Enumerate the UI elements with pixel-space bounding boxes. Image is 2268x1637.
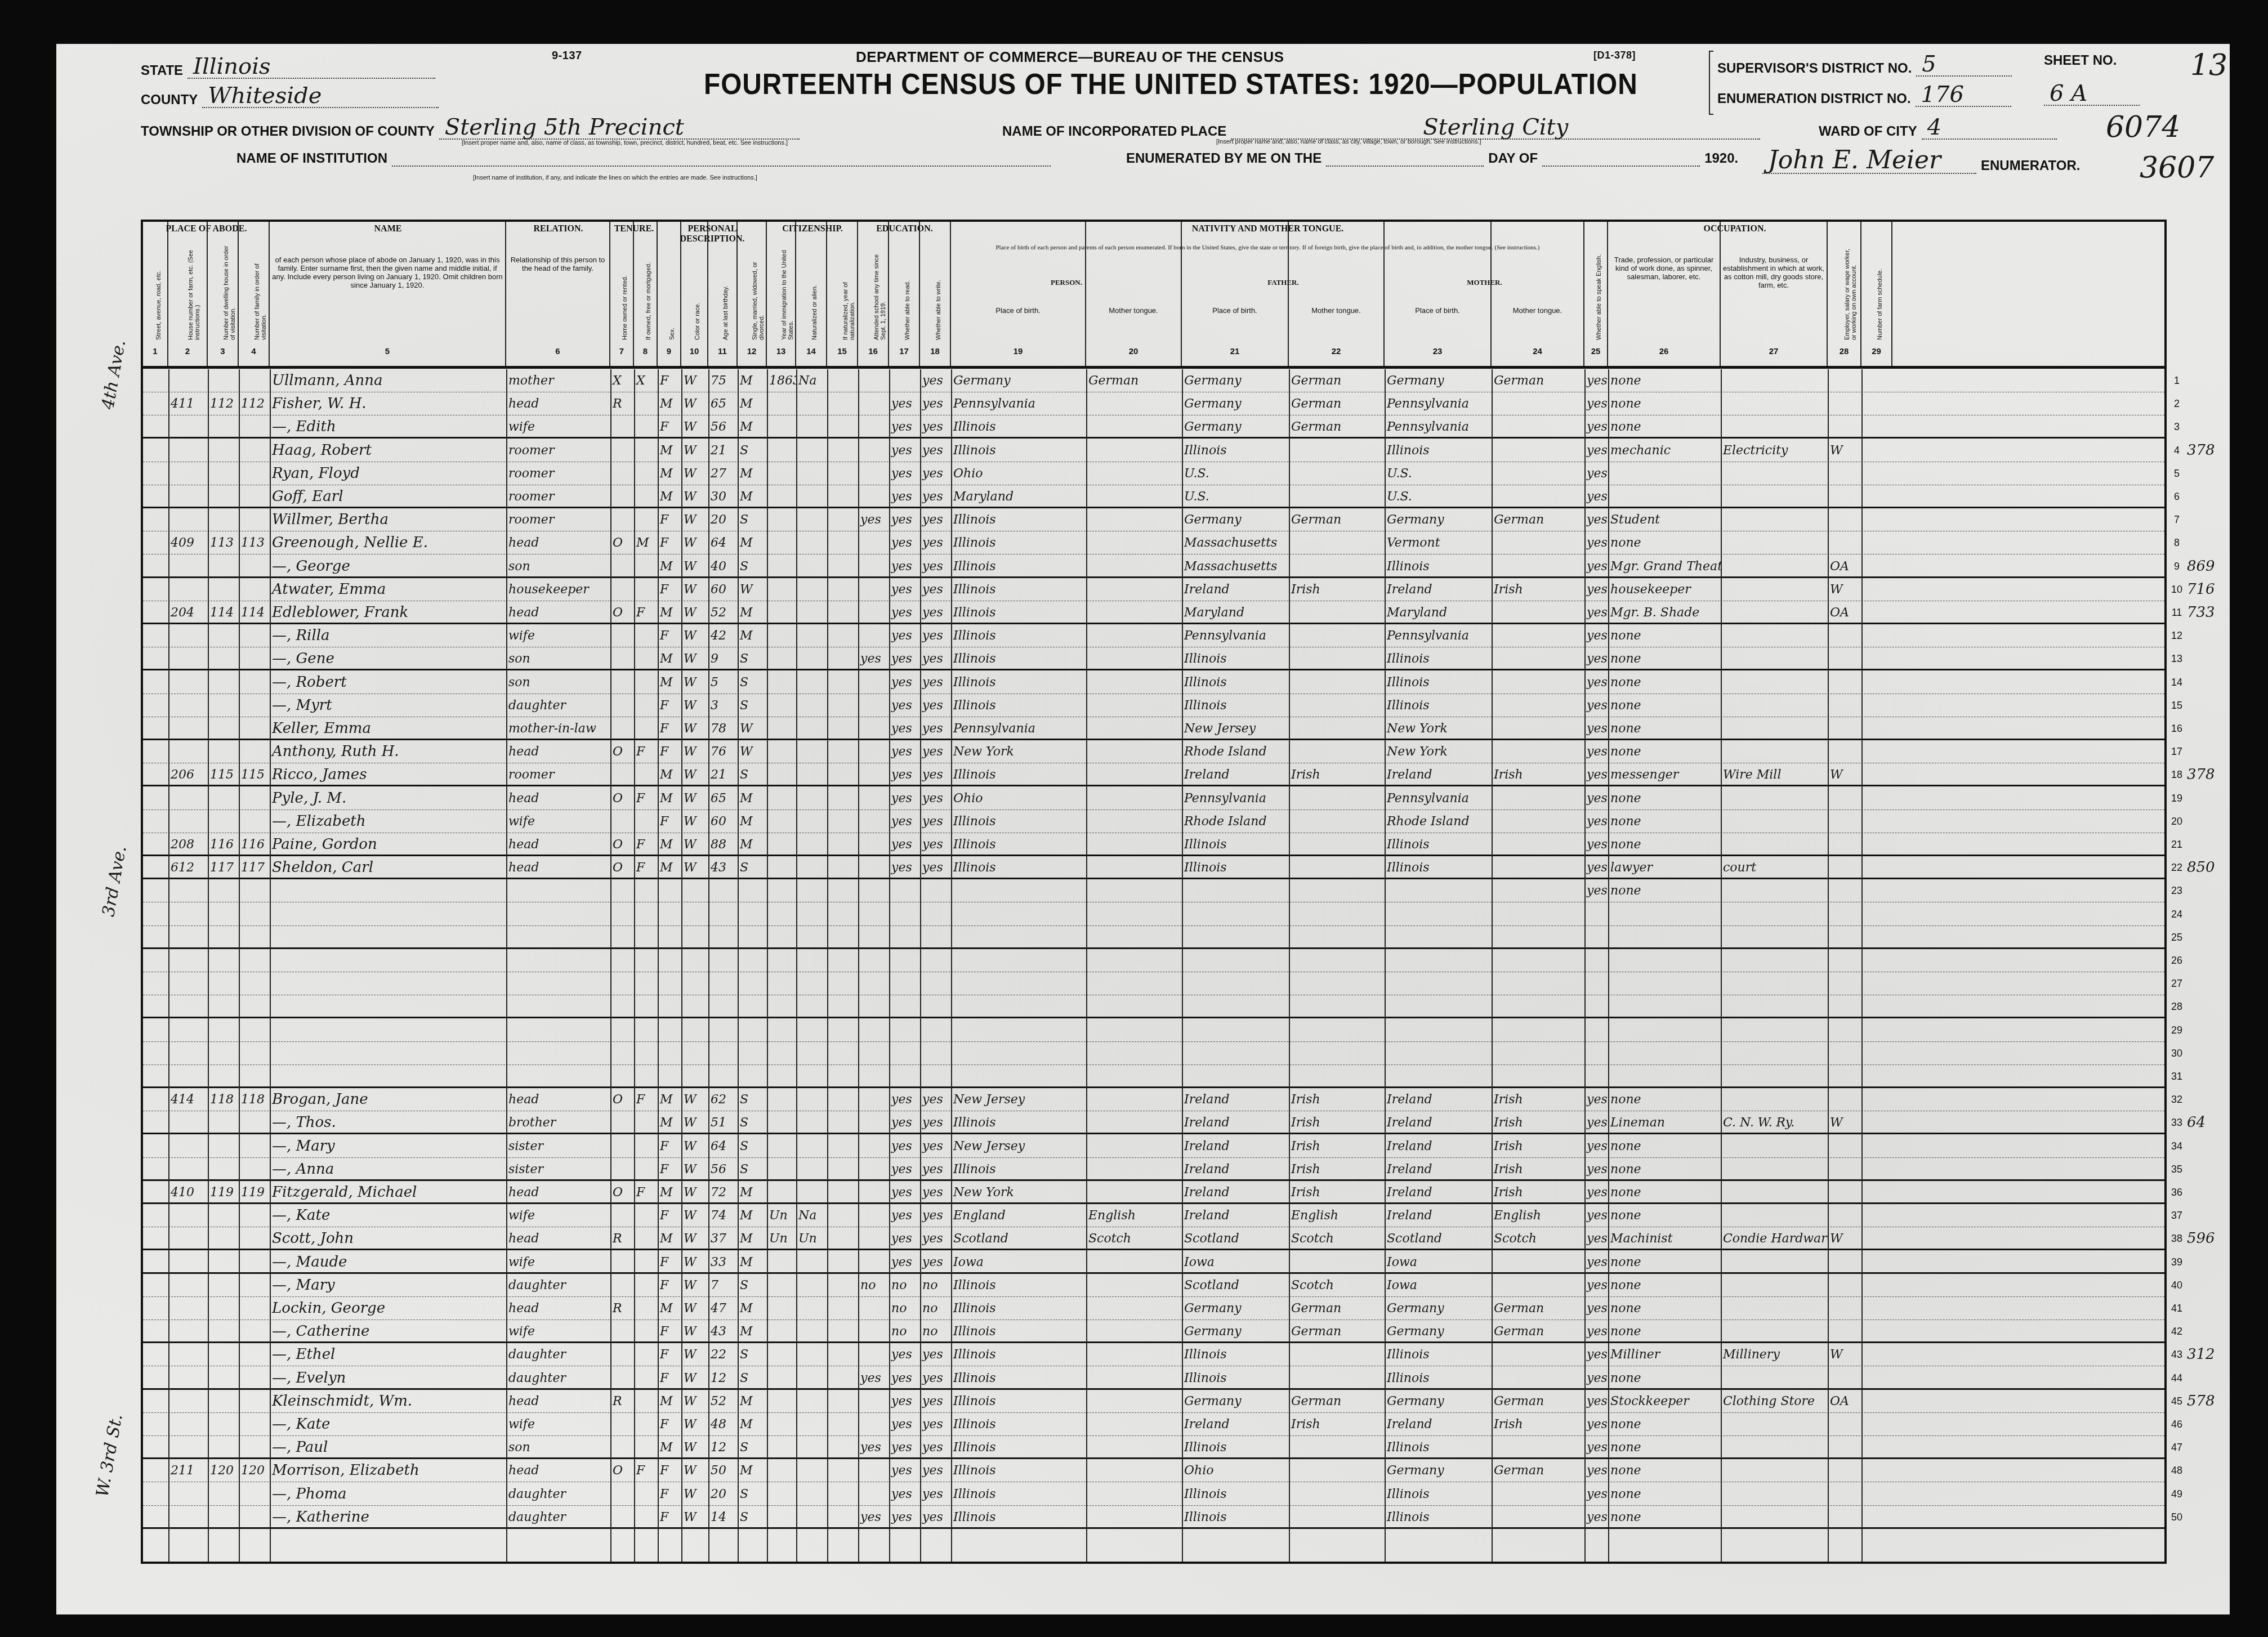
cell-tenure bbox=[610, 1367, 634, 1390]
cell-class bbox=[1828, 1297, 1861, 1320]
cell-class bbox=[1828, 856, 1861, 879]
cell-english bbox=[1584, 995, 1608, 1018]
column-number: 28 bbox=[1828, 347, 1860, 364]
column-header-20: Mother tongue.20 bbox=[1086, 222, 1182, 367]
line-number: 27 bbox=[2167, 972, 2187, 995]
cell-tongue bbox=[1086, 717, 1182, 740]
cell-owned bbox=[634, 879, 658, 902]
column-rule bbox=[708, 369, 709, 1562]
ward-field[interactable]: WARD OF CITY 4 bbox=[1819, 116, 2057, 140]
cell-marital: S bbox=[738, 1483, 767, 1506]
column-header-5: of each person whose place of abode on J… bbox=[270, 222, 506, 367]
cell-f_tongue bbox=[1289, 1251, 1385, 1274]
line-number: 20 bbox=[2167, 810, 2187, 833]
cell-m_tongue: Irish bbox=[1492, 1181, 1584, 1204]
cell-class bbox=[1828, 1274, 1861, 1297]
cell-sex: M bbox=[658, 555, 681, 578]
cell-f_birth: Germany bbox=[1182, 1320, 1289, 1343]
cell-relation: sister bbox=[506, 1135, 610, 1158]
cell-name: —, Mary bbox=[270, 1274, 506, 1297]
line-number: 35 bbox=[2167, 1158, 2187, 1181]
cell-immig bbox=[767, 903, 796, 926]
cell-birth: Germany bbox=[951, 369, 1086, 392]
cell-sex: F bbox=[658, 1135, 681, 1158]
cell-marital bbox=[738, 1019, 767, 1042]
cell-race: W bbox=[681, 1227, 708, 1250]
cell-dwelling: 118 bbox=[208, 1088, 239, 1111]
incorporated-place-field[interactable]: NAME OF INCORPORATED PLACE Sterling City bbox=[1002, 116, 1760, 140]
column-rule bbox=[634, 369, 635, 1562]
cell-owned bbox=[634, 647, 658, 670]
cell-industry bbox=[1721, 879, 1828, 902]
cell-industry bbox=[1721, 1065, 1828, 1088]
line-number: 4 bbox=[2167, 439, 2187, 462]
cell-marital: S bbox=[738, 1367, 767, 1390]
cell-birth: Pennsylvania bbox=[951, 717, 1086, 740]
cell-immig bbox=[767, 833, 796, 856]
cell-industry bbox=[1721, 949, 1828, 972]
enumeration-label: ENUMERATION DISTRICT NO. bbox=[1717, 91, 1911, 107]
cell-english: yes bbox=[1584, 369, 1608, 392]
sheet-number-field[interactable]: SHEET NO. 6 A bbox=[2044, 53, 2140, 106]
cell-name: —, Evelyn bbox=[270, 1367, 506, 1390]
cell-class: W bbox=[1828, 578, 1861, 601]
cell-family bbox=[239, 972, 270, 995]
cell-sex: M bbox=[658, 833, 681, 856]
cell-age: 20 bbox=[708, 508, 738, 531]
cell-tenure bbox=[610, 1413, 634, 1436]
cell-owned bbox=[634, 1135, 658, 1158]
column-rule bbox=[920, 369, 921, 1562]
cell-read: yes bbox=[889, 647, 920, 670]
cell-read: yes bbox=[889, 601, 920, 624]
institution-field[interactable]: NAME OF INSTITUTION bbox=[236, 151, 1051, 167]
cell-english: yes bbox=[1584, 1204, 1608, 1227]
cell-industry: C. N. W. Ry. bbox=[1721, 1111, 1828, 1134]
supervisor-district-field[interactable]: SUPERVISOR'S DISTRICT NO. 5 bbox=[1717, 53, 2012, 77]
cell-school bbox=[858, 995, 889, 1018]
cell-class bbox=[1828, 1181, 1861, 1204]
cell-house bbox=[168, 1436, 208, 1459]
cell-birth bbox=[951, 995, 1086, 1018]
cell-write bbox=[920, 1065, 951, 1088]
line-number: 41 bbox=[2167, 1297, 2187, 1320]
cell-family bbox=[239, 1158, 270, 1181]
cell-m_tongue: Irish bbox=[1492, 1158, 1584, 1181]
cell-f_tongue bbox=[1289, 1019, 1385, 1042]
cell-birth: Illinois bbox=[951, 833, 1086, 856]
cell-read: yes bbox=[889, 439, 920, 462]
cell-immig bbox=[767, 1506, 796, 1529]
cell-tongue bbox=[1086, 787, 1182, 810]
cell-trade: none bbox=[1608, 1506, 1721, 1529]
cell-industry bbox=[1721, 1274, 1828, 1297]
cell-name: —, Phoma bbox=[270, 1483, 506, 1506]
cell-tenure bbox=[610, 879, 634, 902]
cell-sex: M bbox=[658, 462, 681, 485]
cell-m_birth: Germany bbox=[1385, 1320, 1492, 1343]
cell-race: W bbox=[681, 1413, 708, 1436]
cell-trade: Student bbox=[1608, 508, 1721, 531]
cell-school bbox=[858, 485, 889, 508]
cell-school: yes bbox=[858, 1367, 889, 1390]
cell-class bbox=[1828, 671, 1861, 694]
cell-m_tongue bbox=[1492, 1506, 1584, 1529]
form-code: [D1-378] bbox=[1593, 50, 1636, 61]
cell-sex: M bbox=[658, 485, 681, 508]
cell-immig bbox=[767, 1181, 796, 1204]
occupation-code: 578 bbox=[2187, 1390, 2226, 1413]
cell-read: yes bbox=[889, 717, 920, 740]
cell-m_birth: Illinois bbox=[1385, 555, 1492, 578]
cell-write: yes bbox=[920, 485, 951, 508]
line-number: 3 bbox=[2167, 415, 2187, 439]
cell-age bbox=[708, 1065, 738, 1088]
column-number: 22 bbox=[1289, 347, 1383, 364]
cell-school bbox=[858, 787, 889, 810]
cell-write: yes bbox=[920, 1436, 951, 1459]
column-header-7: Home owned or rented.7 bbox=[610, 222, 634, 367]
cell-school bbox=[858, 1181, 889, 1204]
cell-name: —, Gene bbox=[270, 647, 506, 670]
state-field[interactable]: STATE Illinois bbox=[141, 55, 435, 79]
cell-marital: S bbox=[738, 694, 767, 717]
column-number: 21 bbox=[1182, 347, 1288, 364]
enumerated-date-field[interactable]: ENUMERATED BY ME ON THE DAY OF 1920. bbox=[1126, 151, 1738, 167]
population-schedule-table: Street, avenue, road, etc.1House number … bbox=[141, 220, 2167, 1564]
cell-school bbox=[858, 1204, 889, 1227]
column-header-8: If owned, free or mortgaged.8 bbox=[634, 222, 658, 367]
cell-birth: Illinois bbox=[951, 647, 1086, 670]
enumerated-month-value bbox=[1542, 166, 1700, 167]
cell-tongue bbox=[1086, 485, 1182, 508]
cell-f_birth: Illinois bbox=[1182, 1367, 1289, 1390]
cell-industry bbox=[1721, 1459, 1828, 1482]
cell-class bbox=[1828, 1367, 1861, 1390]
column-rule bbox=[658, 369, 659, 1562]
cell-m_tongue bbox=[1492, 1483, 1584, 1506]
cell-relation: head bbox=[506, 740, 610, 763]
enumerated-day-value bbox=[1326, 166, 1484, 167]
cell-sex: M bbox=[658, 1111, 681, 1134]
cell-class bbox=[1828, 462, 1861, 485]
cell-age: 5 bbox=[708, 671, 738, 694]
cell-school bbox=[858, 462, 889, 485]
cell-school bbox=[858, 555, 889, 578]
cell-m_tongue bbox=[1492, 1251, 1584, 1274]
cell-m_birth: Ireland bbox=[1385, 1204, 1492, 1227]
cell-relation: head bbox=[506, 1297, 610, 1320]
cell-owned bbox=[634, 1042, 658, 1065]
cell-owned bbox=[634, 1204, 658, 1227]
cell-industry bbox=[1721, 903, 1828, 926]
column-label: Mother tongue. bbox=[1088, 306, 1178, 315]
cell-house bbox=[168, 671, 208, 694]
cell-write: yes bbox=[920, 1135, 951, 1158]
cell-school bbox=[858, 531, 889, 554]
column-label: Home owned or rented. bbox=[622, 244, 628, 340]
cell-industry bbox=[1721, 671, 1828, 694]
cell-name bbox=[270, 926, 506, 949]
cell-family bbox=[239, 1367, 270, 1390]
enumerator-field[interactable]: John E. Meier ENUMERATOR. bbox=[1762, 148, 2080, 174]
line-number: 30 bbox=[2167, 1042, 2187, 1065]
cell-owned bbox=[634, 439, 658, 462]
cell-school bbox=[858, 601, 889, 624]
cell-read: no bbox=[889, 1320, 920, 1343]
cell-immig bbox=[767, 1459, 796, 1482]
cell-family: 119 bbox=[239, 1181, 270, 1204]
cell-f_tongue bbox=[1289, 972, 1385, 995]
cell-school bbox=[858, 972, 889, 995]
cell-industry bbox=[1721, 1436, 1828, 1459]
cell-name: —, Catherine bbox=[270, 1320, 506, 1343]
occupation-code: 378 bbox=[2187, 439, 2226, 462]
cell-class bbox=[1828, 972, 1861, 995]
cell-class bbox=[1828, 787, 1861, 810]
cell-f_tongue bbox=[1289, 926, 1385, 949]
cell-f_tongue: German bbox=[1289, 415, 1385, 439]
cell-owned bbox=[634, 555, 658, 578]
cell-tenure bbox=[610, 1158, 634, 1181]
cell-f_tongue: Scotch bbox=[1289, 1227, 1385, 1250]
county-field[interactable]: COUNTY Whiteside bbox=[141, 84, 439, 108]
column-group-label: EDUCATION. bbox=[858, 224, 951, 234]
cell-name: Ryan, Floyd bbox=[270, 462, 506, 485]
cell-sex: F bbox=[658, 1413, 681, 1436]
cell-trade: Stockkeeper bbox=[1608, 1390, 1721, 1413]
column-label: Number of dwelling house in order of vis… bbox=[223, 244, 236, 340]
column-rule bbox=[1721, 369, 1722, 1562]
column-label: Mother tongue. bbox=[1291, 306, 1381, 315]
cell-f_tongue bbox=[1289, 439, 1385, 462]
cell-nat bbox=[796, 1343, 827, 1366]
cell-nat bbox=[796, 1158, 827, 1181]
cell-immig bbox=[767, 694, 796, 717]
cell-english: yes bbox=[1584, 1158, 1608, 1181]
cell-m_birth: Vermont bbox=[1385, 531, 1492, 554]
cell-race: W bbox=[681, 856, 708, 879]
cell-class bbox=[1828, 810, 1861, 833]
cell-race: W bbox=[681, 1088, 708, 1111]
cell-sex: F bbox=[658, 1320, 681, 1343]
cell-f_birth: Illinois bbox=[1182, 856, 1289, 879]
township-field[interactable]: TOWNSHIP OR OTHER DIVISION OF COUNTY Ste… bbox=[141, 116, 800, 140]
column-label: Place of birth. bbox=[1184, 306, 1285, 315]
cell-house bbox=[168, 369, 208, 392]
cell-school: yes bbox=[858, 647, 889, 670]
cell-m_birth: Ireland bbox=[1385, 1088, 1492, 1111]
cell-marital: M bbox=[738, 624, 767, 647]
column-header-25: Whether able to speak English.25 bbox=[1584, 222, 1608, 367]
cell-family: 115 bbox=[239, 763, 270, 786]
cell-m_tongue bbox=[1492, 462, 1584, 485]
cell-industry bbox=[1721, 787, 1828, 810]
cell-marital: M bbox=[738, 833, 767, 856]
cell-tenure bbox=[610, 578, 634, 601]
enumeration-district-field[interactable]: ENUMERATION DISTRICT NO. 176 bbox=[1717, 83, 2011, 107]
cell-name: Brogan, Jane bbox=[270, 1088, 506, 1111]
cell-sex: M bbox=[658, 856, 681, 879]
cell-house bbox=[168, 740, 208, 763]
cell-write: yes bbox=[920, 1227, 951, 1250]
cell-read: yes bbox=[889, 1436, 920, 1459]
cell-f_birth: Ireland bbox=[1182, 763, 1289, 786]
cell-name bbox=[270, 972, 506, 995]
cell-f_tongue bbox=[1289, 833, 1385, 856]
cell-family bbox=[239, 694, 270, 717]
cell-school bbox=[858, 369, 889, 392]
cell-immig bbox=[767, 1436, 796, 1459]
column-group-label: NATIVITY AND MOTHER TONGUE. bbox=[951, 224, 1584, 234]
cell-sex bbox=[658, 995, 681, 1018]
cell-house bbox=[168, 1158, 208, 1181]
cell-dwelling bbox=[208, 1274, 239, 1297]
cell-tenure bbox=[610, 1251, 634, 1274]
cell-school bbox=[858, 717, 889, 740]
line-number: 14 bbox=[2167, 671, 2187, 694]
cell-f_birth bbox=[1182, 995, 1289, 1018]
cell-family bbox=[239, 949, 270, 972]
cell-nat: Na bbox=[796, 1204, 827, 1227]
cell-f_tongue: Irish bbox=[1289, 578, 1385, 601]
cell-dwelling bbox=[208, 485, 239, 508]
column-label: Single, married, widowed, or divorced. bbox=[752, 244, 765, 340]
cell-m_birth: Germany bbox=[1385, 369, 1492, 392]
cell-tenure: O bbox=[610, 531, 634, 554]
cell-house bbox=[168, 787, 208, 810]
enumeration-value: 176 bbox=[1916, 83, 2011, 107]
cell-english: yes bbox=[1584, 1343, 1608, 1366]
cell-immig bbox=[767, 787, 796, 810]
cell-family bbox=[239, 369, 270, 392]
cell-age: 56 bbox=[708, 1158, 738, 1181]
cell-tenure bbox=[610, 1135, 634, 1158]
cell-birth: Illinois bbox=[951, 578, 1086, 601]
cell-class bbox=[1828, 903, 1861, 926]
cell-relation: son bbox=[506, 555, 610, 578]
cell-write: yes bbox=[920, 462, 951, 485]
line-number: 43 bbox=[2167, 1343, 2187, 1366]
cell-tenure bbox=[610, 1019, 634, 1042]
cell-nat bbox=[796, 995, 827, 1018]
supervisor-value: 5 bbox=[1916, 53, 2012, 77]
cell-birth: Ohio bbox=[951, 787, 1086, 810]
cell-write: yes bbox=[920, 671, 951, 694]
cell-dwelling bbox=[208, 1065, 239, 1088]
cell-relation: wife bbox=[506, 415, 610, 439]
cell-birth: New Jersey bbox=[951, 1088, 1086, 1111]
cell-dwelling: 112 bbox=[208, 392, 239, 415]
cell-birth: New York bbox=[951, 740, 1086, 763]
cell-owned bbox=[634, 1483, 658, 1506]
cell-dwelling bbox=[208, 717, 239, 740]
cell-f_tongue bbox=[1289, 1459, 1385, 1482]
cell-m_birth bbox=[1385, 949, 1492, 972]
cell-family bbox=[239, 1065, 270, 1088]
cell-owned bbox=[634, 972, 658, 995]
cell-tongue bbox=[1086, 763, 1182, 786]
line-number: 49 bbox=[2167, 1483, 2187, 1506]
cell-house bbox=[168, 1367, 208, 1390]
cell-age: 56 bbox=[708, 415, 738, 439]
cell-immig bbox=[767, 439, 796, 462]
cell-f_birth: Illinois bbox=[1182, 439, 1289, 462]
cell-relation: head bbox=[506, 1088, 610, 1111]
cell-school bbox=[858, 879, 889, 902]
cell-nat bbox=[796, 810, 827, 833]
cell-dwelling bbox=[208, 578, 239, 601]
cell-owned bbox=[634, 995, 658, 1018]
cell-owned bbox=[634, 1413, 658, 1436]
cell-immig bbox=[767, 671, 796, 694]
cell-write: yes bbox=[920, 833, 951, 856]
cell-marital: S bbox=[738, 555, 767, 578]
cell-nat bbox=[796, 949, 827, 972]
cell-relation: head bbox=[506, 787, 610, 810]
cell-nat bbox=[796, 624, 827, 647]
cell-sex: F bbox=[658, 1158, 681, 1181]
cell-tenure: O bbox=[610, 1181, 634, 1204]
cell-m_birth bbox=[1385, 926, 1492, 949]
cell-house bbox=[168, 555, 208, 578]
cell-birth: Iowa bbox=[951, 1251, 1086, 1274]
cell-school bbox=[858, 856, 889, 879]
cell-race: W bbox=[681, 485, 708, 508]
cell-trade: Lineman bbox=[1608, 1111, 1721, 1134]
cell-english: yes bbox=[1584, 578, 1608, 601]
cell-immig bbox=[767, 601, 796, 624]
cell-m_birth: Scotland bbox=[1385, 1227, 1492, 1250]
cell-family bbox=[239, 1251, 270, 1274]
cell-immig bbox=[767, 578, 796, 601]
cell-immig bbox=[767, 1367, 796, 1390]
cell-read: yes bbox=[889, 1483, 920, 1506]
cell-age: 65 bbox=[708, 392, 738, 415]
cell-race: W bbox=[681, 1343, 708, 1366]
line-number: 8 bbox=[2167, 531, 2187, 554]
cell-f_birth bbox=[1182, 879, 1289, 902]
cell-industry bbox=[1721, 508, 1828, 531]
cell-house bbox=[168, 1343, 208, 1366]
column-label: Whether able to speak English. bbox=[1596, 244, 1602, 340]
column-label: of each person whose place of abode on J… bbox=[272, 256, 503, 289]
column-rule bbox=[1861, 369, 1863, 1562]
cell-birth bbox=[951, 926, 1086, 949]
cell-nat bbox=[796, 903, 827, 926]
cell-school bbox=[858, 1111, 889, 1134]
cell-name: Ullmann, Anna bbox=[270, 369, 506, 392]
cell-school bbox=[858, 439, 889, 462]
column-number: 20 bbox=[1086, 347, 1181, 364]
cell-class: W bbox=[1828, 1227, 1861, 1250]
cell-house bbox=[168, 694, 208, 717]
cell-family bbox=[239, 1274, 270, 1297]
column-header-14: Naturalized or alien.14 bbox=[796, 222, 827, 367]
cell-school bbox=[858, 1390, 889, 1413]
cell-family bbox=[239, 903, 270, 926]
cell-house bbox=[168, 1320, 208, 1343]
cell-tongue bbox=[1086, 1088, 1182, 1111]
cell-age: 51 bbox=[708, 1111, 738, 1134]
cell-immig bbox=[767, 555, 796, 578]
cell-write bbox=[920, 1042, 951, 1065]
cell-name bbox=[270, 995, 506, 1018]
cell-m_tongue: English bbox=[1492, 1204, 1584, 1227]
cell-class bbox=[1828, 1135, 1861, 1158]
cell-house bbox=[168, 972, 208, 995]
cell-m_tongue bbox=[1492, 1019, 1584, 1042]
